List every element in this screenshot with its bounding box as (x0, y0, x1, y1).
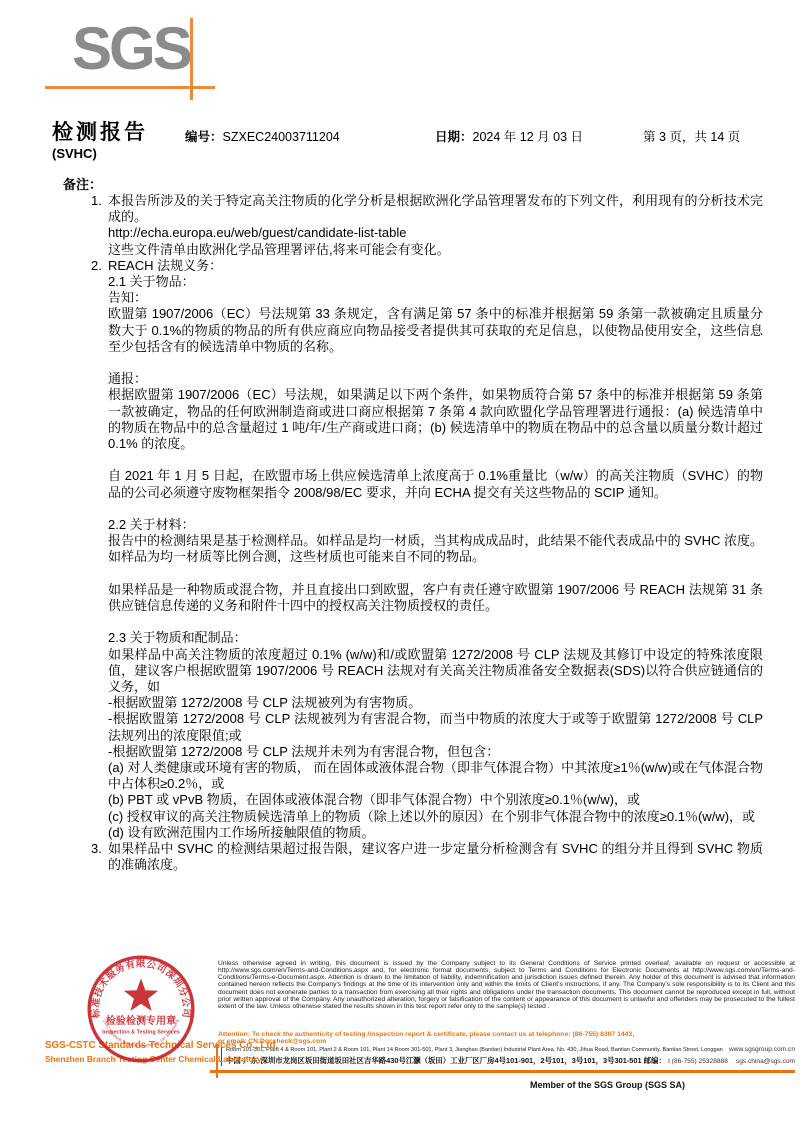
email-address: sgs.china@sgs.com (736, 1058, 795, 1065)
notes-heading: 备注： (63, 176, 763, 193)
inspection-stamp-seal: 标准技术服务有限公司深圳分公司 检验检测专用章 Inspection & Tes… (86, 954, 196, 1064)
note-paragraph: 告知： (63, 290, 763, 306)
note-text: 如果样品是一种物质或混合物，并且直接出口到欧盟，客户有责任遵守欧盟第 1907/… (108, 582, 763, 613)
report-date-field: 日期：2024 年 12 月 03 日 (435, 127, 583, 145)
note-text: REACH 法规义务： (108, 258, 222, 273)
legal-disclaimer: Unless otherwise agreed in writing, this… (218, 960, 795, 1010)
note-paragraph (63, 566, 763, 582)
note-paragraph: 2.1 关于物品： (63, 274, 763, 290)
sgs-logo: SGS (72, 14, 190, 83)
note-number: 3. (91, 841, 102, 857)
note-text: -根据欧盟第 1272/2008 号 CLP 法规并未列为有害混合物，但包含： (108, 744, 499, 759)
note-paragraph: 1.本报告所涉及的关于特定高关注物质的化学分析是根据欧洲化学品管理署发布的下列文… (63, 193, 763, 225)
page-title: 检测报告 (52, 116, 148, 146)
note-paragraph (63, 355, 763, 371)
note-text: 这些文件清单由欧洲化学品管理署评估,将来可能会有变化。 (108, 242, 450, 257)
note-text: 告知： (108, 290, 147, 305)
note-paragraph: -根据欧盟第 1272/2008 号 CLP 法规被列为有害混合物，而当中物质的… (63, 711, 763, 743)
note-paragraph: 2.REACH 法规义务： (63, 258, 763, 274)
note-paragraph: 通报： (63, 371, 763, 387)
note-text: (a) 对人类健康或环境有害的物质， 而在固体或液体混合物（即非气体混合物）中其… (108, 760, 763, 791)
note-number: 2. (91, 258, 102, 274)
note-paragraph: 报告中的检测结果是基于检测样品。如样品是均一材质，当其构成成品时，此结果不能代表… (63, 533, 763, 565)
note-text: (b) PBT 或 vPvB 物质，在固体或液体混合物（即非气体混合物）中个别浓… (108, 792, 640, 807)
note-paragraph (63, 501, 763, 517)
note-paragraph: (a) 对人类健康或环境有害的物质， 而在固体或液体混合物（即非气体混合物）中其… (63, 760, 763, 792)
note-paragraph: 3.如果样品中 SVHC 的检测结果超过报告限，建议客户进一步定量分析检测含有 … (63, 841, 763, 873)
note-text: 2.3 关于物质和配制品： (108, 630, 247, 645)
stamp-title: 检验检测专用章 (106, 1014, 176, 1027)
note-paragraph: (d) 设有欧洲范围内工作场所接触限值的物质。 (63, 825, 763, 841)
note-paragraph: 这些文件清单由欧洲化学品管理署评估,将来可能会有变化。 (63, 242, 763, 258)
report-date-value: 2024 年 12 月 03 日 (473, 130, 583, 144)
report-number-field: 编号：SZXEC24003711204 (185, 127, 340, 145)
note-paragraph: -根据欧盟第 1272/2008 号 CLP 法规被列为有害物质。 (63, 695, 763, 711)
note-text: http://echa.europa.eu/web/guest/candidat… (108, 225, 406, 240)
note-text: 根据欧盟第 1907/2006（EC）号法规，如果满足以下两个条件，如果物质符合… (108, 387, 763, 451)
note-text: 2.1 关于物品： (108, 274, 195, 289)
report-number-label: 编号： (185, 130, 223, 144)
report-date-label: 日期： (435, 130, 473, 144)
note-paragraph: 欧盟第 1907/2006（EC）号法规第 33 条规定，含有满足第 57 条中… (63, 306, 763, 355)
note-text: 自 2021 年 1 月 5 日起，在欧盟市场上供应候选清单上浓度高于 0.1%… (108, 468, 763, 499)
note-paragraph: (c) 授权审议的高关注物质候选清单上的物质（除上述以外的原因）在个别非气体混合… (63, 809, 763, 825)
note-text: 通报： (108, 371, 147, 386)
report-number-value: SZXEC24003711204 (223, 130, 340, 144)
star-icon (124, 978, 158, 1011)
member-line: Member of the SGS Group (SGS SA) (530, 1080, 685, 1090)
note-text: 本报告所涉及的关于特定高关注物质的化学分析是根据欧洲化学品管理署发布的下列文件，… (108, 193, 763, 224)
note-paragraph: 2.2 关于材料： (63, 517, 763, 533)
note-text: -根据欧盟第 1272/2008 号 CLP 法规被列为有害混合物，而当中物质的… (108, 711, 763, 742)
note-paragraph (63, 614, 763, 630)
phone-number: t (86-755) 25328888 (668, 1058, 728, 1065)
note-text: 如果样品中高关注物质的浓度超过 0.1% (w/w)和/或欧盟第 1272/20… (108, 647, 763, 694)
page-indicator: 第 3 页，共 14 页 (643, 127, 740, 145)
note-text: 2.2 关于材料： (108, 517, 195, 532)
note-paragraph: 2.3 关于物质和配制品： (63, 630, 763, 646)
note-paragraph: 如果样品是一种物质或混合物，并且直接出口到欧盟，客户有责任遵守欧盟第 1907/… (63, 582, 763, 614)
note-text: -根据欧盟第 1272/2008 号 CLP 法规被列为有害物质。 (108, 695, 421, 710)
footer-rule (210, 1070, 795, 1073)
note-number: 1. (91, 193, 102, 209)
note-paragraph: 根据欧盟第 1907/2006（EC）号法规，如果满足以下两个条件，如果物质符合… (63, 387, 763, 452)
report-page: SGS 检测报告 (SVHC) 编号：SZXEC24003711204 日期：2… (0, 0, 800, 1131)
note-paragraph: -根据欧盟第 1272/2008 号 CLP 法规并未列为有害混合物，但包含： (63, 744, 763, 760)
report-subtitle: (SVHC) (52, 146, 97, 161)
logo-crop-mark (190, 18, 193, 100)
note-text: 报告中的检测结果是基于检测样品。如样品是均一材质，当其构成成品时，此结果不能代表… (108, 533, 763, 564)
note-text: 如果样品中 SVHC 的检测结果超过报告限，建议客户进一步定量分析检测含有 SV… (108, 841, 763, 872)
note-paragraph: 自 2021 年 1 月 5 日起，在欧盟市场上供应候选清单上浓度高于 0.1%… (63, 468, 763, 500)
website-url: www.sgsgroup.com.cn (729, 1046, 795, 1053)
note-paragraph: (b) PBT 或 vPvB 物质，在固体或液体混合物（即非气体混合物）中个别浓… (63, 792, 763, 808)
note-paragraph: http://echa.europa.eu/web/guest/candidat… (63, 225, 763, 241)
note-text: 欧盟第 1907/2006（EC）号法规第 33 条规定，含有满足第 57 条中… (108, 306, 763, 353)
note-text: (c) 授权审议的高关注物质候选清单上的物质（除上述以外的原因）在个别非气体混合… (108, 809, 755, 824)
notes-list: 1.本报告所涉及的关于特定高关注物质的化学分析是根据欧洲化学品管理署发布的下列文… (63, 193, 763, 873)
note-paragraph (63, 452, 763, 468)
authenticity-line1: Attention: To check the authenticity of … (218, 1031, 634, 1038)
note-paragraph: 如果样品中高关注物质的浓度超过 0.1% (w/w)和/或欧盟第 1272/20… (63, 647, 763, 696)
note-text: (d) 设有欧洲范围内工作场所接触限值的物质。 (108, 825, 375, 840)
